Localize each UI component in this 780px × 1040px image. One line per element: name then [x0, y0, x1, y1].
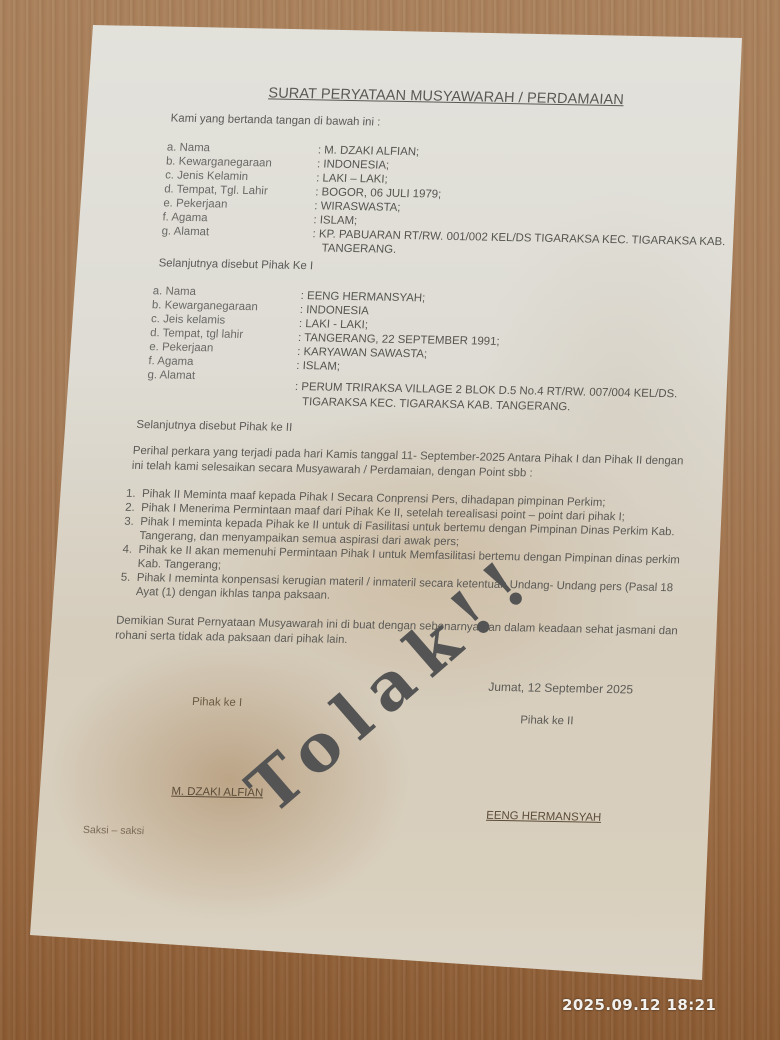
closing-line: rohani serta tidak ada paksaan dari piha…	[115, 630, 348, 646]
party2-designation: Selanjutnya disebut Pihak ke II	[136, 419, 293, 434]
field-label: c. Jeis kelamis	[151, 313, 226, 326]
field-value: : TANGERANG, 22 SEPTEMBER 1991;	[298, 332, 500, 348]
field-value: : LAKI – LAKI;	[316, 172, 388, 185]
field-label: a. Nama	[167, 141, 211, 154]
field-value: : ISLAM;	[313, 214, 357, 227]
field-value: : KARYAWAN SAWASTA;	[297, 346, 428, 360]
field-value: : LAKI - LAKI;	[299, 318, 369, 331]
field-value: : INDONESIA	[299, 304, 369, 317]
place-date: Jumat, 12 September 2025	[488, 680, 634, 697]
field-label: d. Tempat, tgl lahir	[150, 327, 244, 341]
party2-signatory: EENG HERMANSYAH	[486, 810, 602, 824]
field-label: e. Pekerjaan	[163, 197, 228, 210]
field-label: b. Kewarganegaraan	[152, 299, 259, 313]
address-continuation: TIGARAKSA KEC. TIGARAKSA KAB. TANGERANG.	[302, 396, 571, 413]
document-title: SURAT PERYATAAN MUSYAWARAH / PERDAMAIAN	[268, 85, 624, 108]
field-label: b. Kewarganegaraan	[166, 155, 273, 169]
field-value: : EENG HERMANSYAH;	[300, 290, 425, 304]
camera-timestamp: 2025.09.12 18:21	[562, 996, 716, 1014]
point-text: Kab. Tangerang;	[137, 558, 221, 572]
field-label: a. Nama	[152, 285, 196, 298]
document: SURAT PERYATAAN MUSYAWARAH / PERDAMAIAN …	[0, 0, 780, 1040]
field-value: : WIRASWASTA;	[314, 200, 401, 214]
party1-sign-label: Pihak ke I	[192, 696, 243, 709]
point-number: 5.	[120, 572, 130, 584]
field-label: e. Pekerjaan	[149, 341, 214, 354]
point-number: 3.	[124, 516, 134, 528]
point-number: 2.	[125, 502, 135, 514]
field-label: c. Jenis Kelamin	[165, 169, 249, 183]
party2-sign-label: Pihak ke II	[520, 714, 574, 727]
party1-designation: Selanjutnya disebut Pihak Ke I	[158, 257, 313, 272]
field-label: d. Tempat, Tgl. Lahir	[164, 183, 268, 197]
field-value: : ISLAM;	[296, 360, 340, 373]
field-value: : BOGOR, 06 JULI 1979;	[315, 186, 442, 200]
witnesses-label: Saksi – saksi	[83, 824, 145, 837]
field-label: f. Agama	[148, 355, 194, 368]
field-value: : M. DZAKI ALFIAN;	[318, 144, 420, 158]
point-text: Ayat (1) dengan ikhlas tanpa paksaan.	[136, 586, 331, 602]
field-label: g. Alamat	[161, 225, 209, 238]
point-number: 4.	[122, 544, 132, 556]
field-label: f. Agama	[162, 211, 208, 224]
point-number: 1.	[126, 488, 136, 500]
field-value: : INDONESIA;	[317, 158, 390, 171]
intro-text: Kami yang bertanda tangan di bawah ini :	[170, 113, 380, 129]
field-label: g. Alamat	[147, 369, 195, 382]
address-continuation: TANGERANG.	[321, 242, 396, 255]
